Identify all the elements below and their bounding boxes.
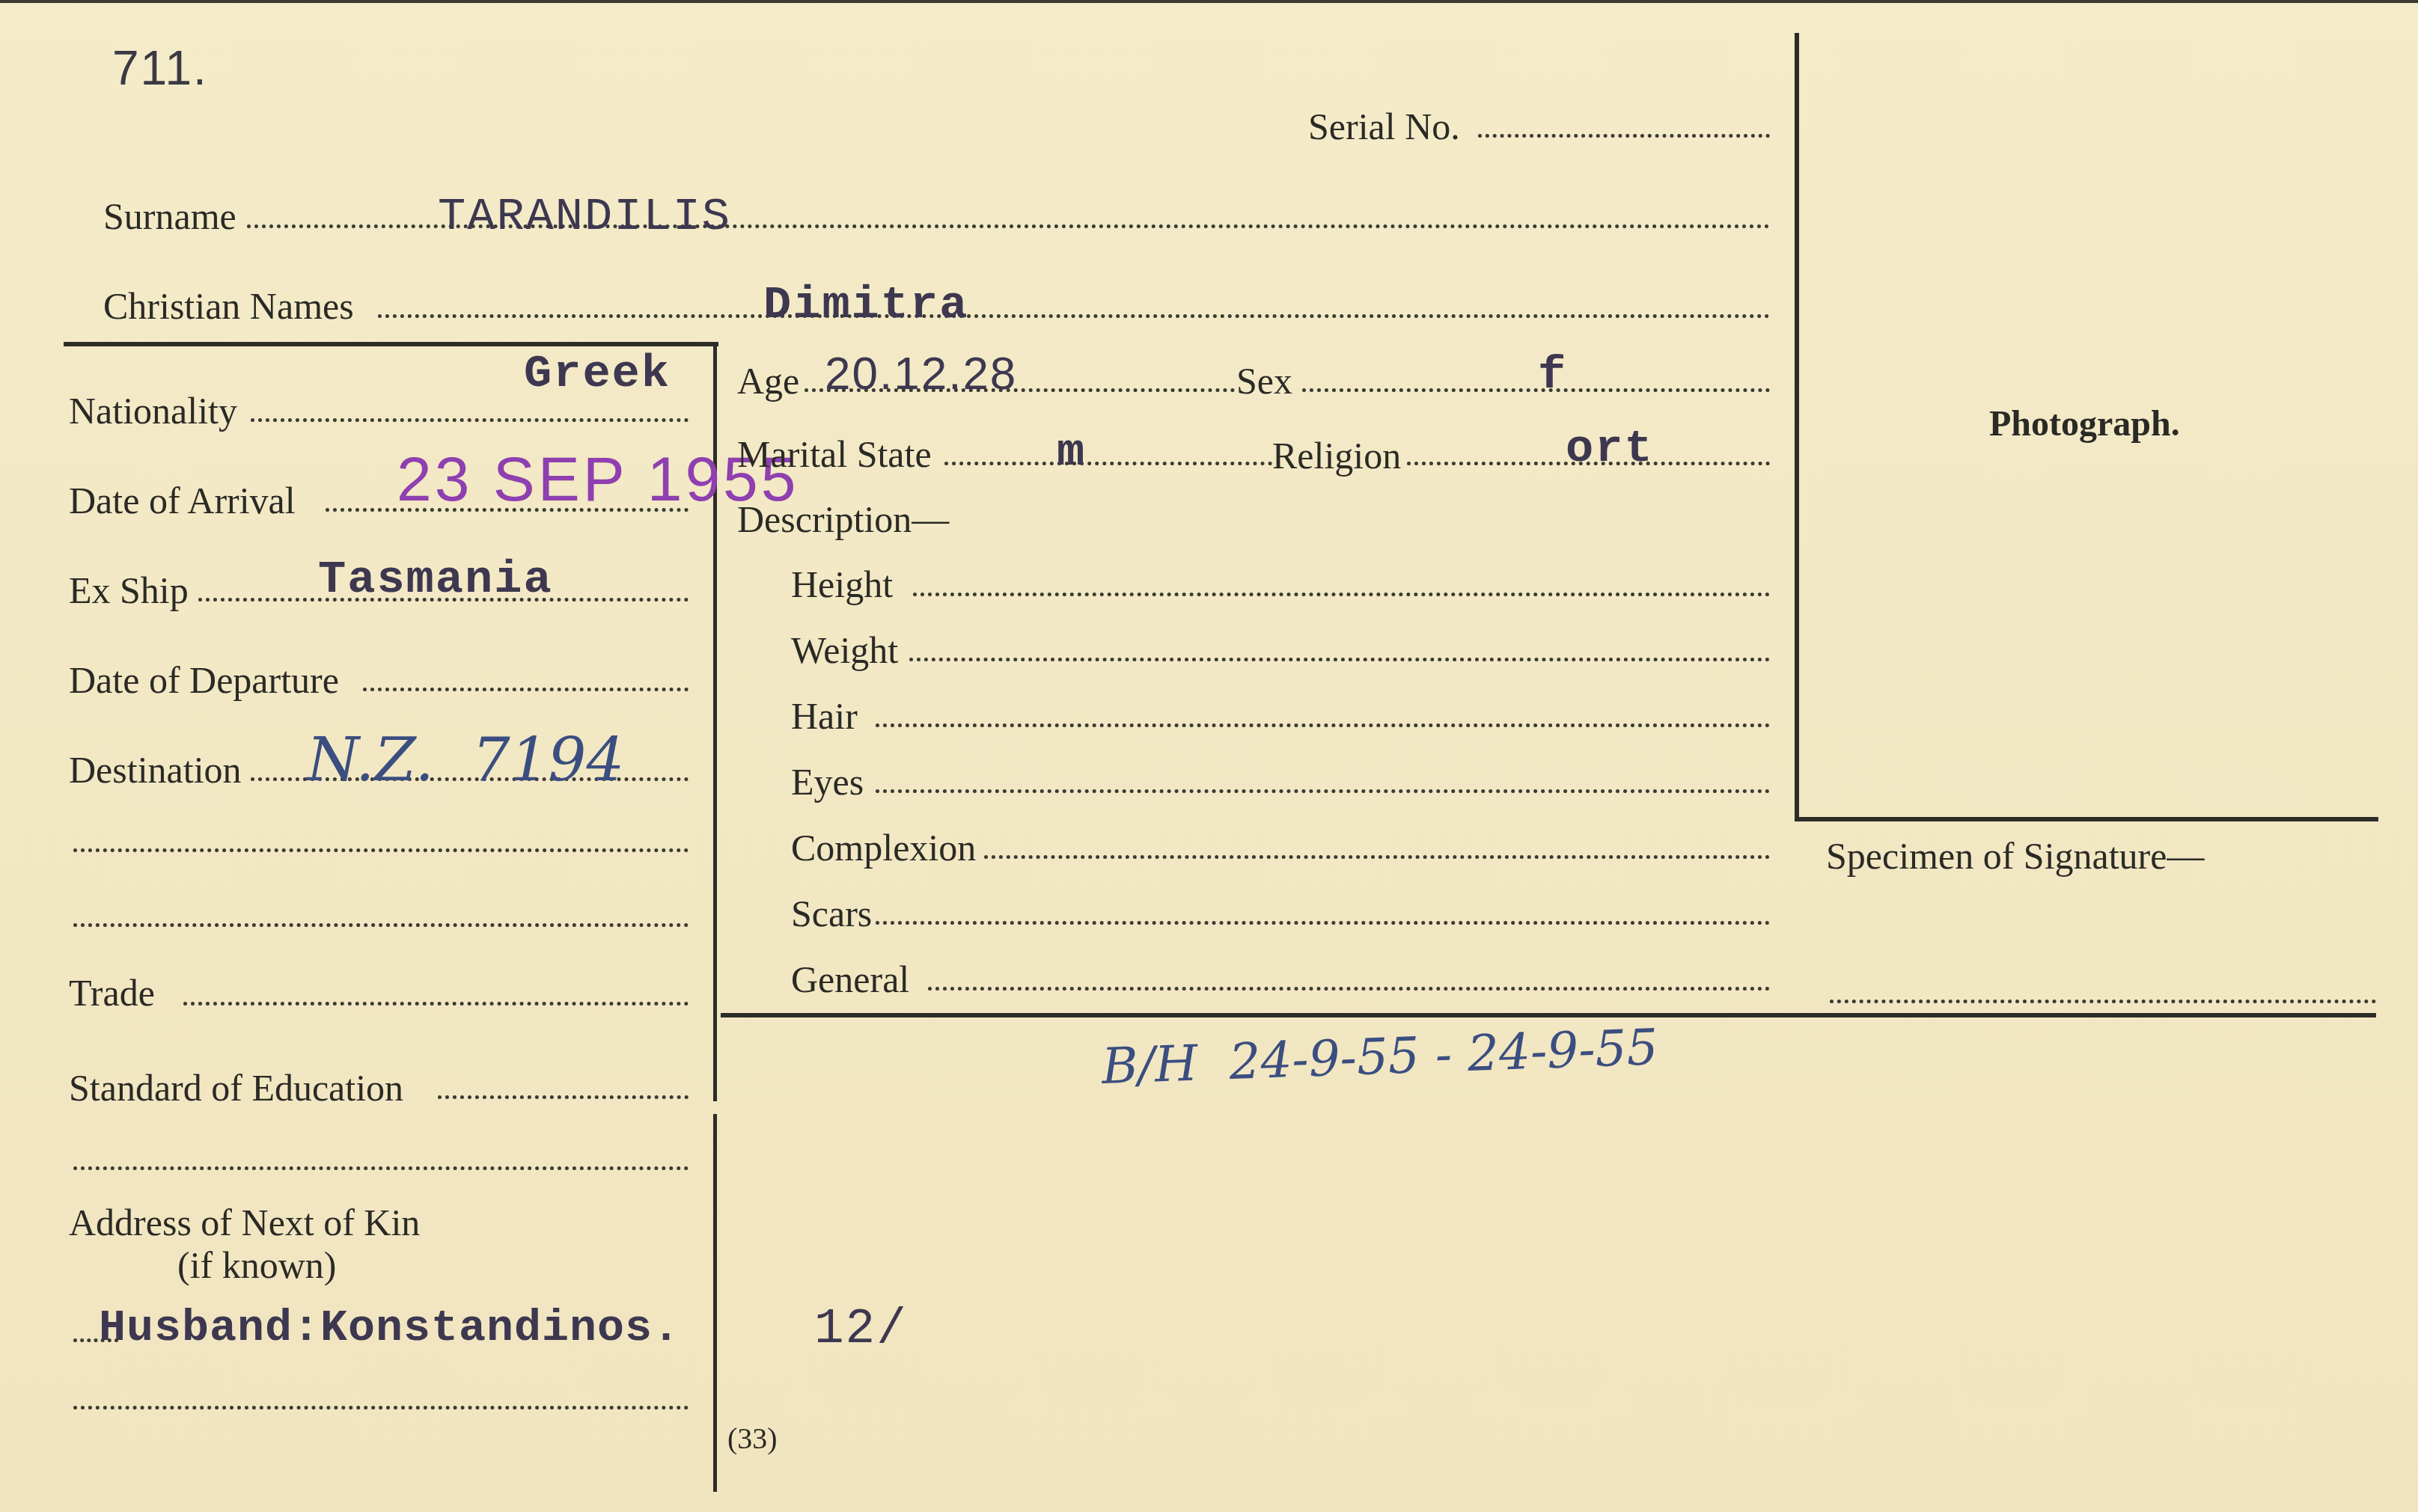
destination-label: Destination [69, 751, 242, 789]
date-of-departure-field[interactable] [363, 688, 689, 691]
height-field[interactable] [913, 593, 1770, 596]
registration-card: 711. Serial No. Surname TARANDILIS Chris… [0, 0, 2418, 1512]
christian-names-label: Christian Names [103, 287, 354, 325]
standard-of-education-field[interactable] [438, 1095, 689, 1099]
description-bottom-border [721, 1013, 2376, 1017]
ex-ship-label: Ex Ship [69, 572, 189, 609]
next-of-kin-value: Husband:Konstandinos. [99, 1303, 680, 1354]
marital-state-field[interactable] [944, 462, 1272, 465]
left-panel-lower-divider [713, 1114, 717, 1492]
photo-box-bottom-border [1795, 817, 2378, 821]
marital-state-value: m [1057, 426, 1086, 479]
scars-label: Scars [791, 895, 872, 932]
complexion-field[interactable] [984, 855, 1770, 859]
religion-value: ort [1566, 422, 1654, 475]
date-of-departure-label: Date of Departure [69, 661, 339, 699]
weight-label: Weight [791, 631, 898, 669]
age-label: Age [737, 362, 799, 400]
christian-names-field[interactable] [378, 314, 1770, 318]
ex-ship-value: Tasmania [318, 553, 553, 606]
date-of-arrival-label: Date of Arrival [69, 482, 296, 519]
age-value: 20.12.28 [825, 347, 1017, 400]
photo-box-left-border [1795, 33, 1799, 820]
destination-extra-line-2[interactable] [73, 923, 689, 927]
height-label: Height [791, 566, 893, 603]
form-number: (33) [727, 1421, 778, 1456]
hair-label: Hair [791, 697, 858, 735]
general-field[interactable] [928, 987, 1770, 991]
eyes-label: Eyes [791, 763, 864, 801]
hair-field[interactable] [876, 723, 1770, 727]
nationality-value: Greek [524, 347, 671, 400]
scars-field[interactable] [876, 921, 1770, 925]
specimen-signature-label: Specimen of Signature— [1826, 837, 2204, 875]
religion-label: Religion [1272, 437, 1401, 474]
eyes-field[interactable] [876, 789, 1770, 793]
description-label: Description— [737, 501, 949, 538]
marital-state-label: Marital State [737, 435, 932, 473]
standard-of-education-label: Standard of Education [69, 1069, 403, 1107]
standard-of-education-extra-line[interactable] [73, 1166, 689, 1170]
next-of-kin-label: Address of Next of Kin [69, 1204, 420, 1241]
trade-field[interactable] [183, 1002, 689, 1006]
destination-value: N.Z. 7194 [307, 725, 624, 795]
trade-label: Trade [69, 974, 155, 1011]
nationality-field[interactable] [251, 418, 689, 422]
photograph-area[interactable] [1800, 33, 2378, 815]
next-of-kin-extra-line[interactable] [73, 1406, 689, 1410]
signature-field[interactable] [1830, 1000, 2376, 1003]
complexion-label: Complexion [791, 829, 976, 866]
if-known-label: (if known) [177, 1246, 336, 1284]
weight-field[interactable] [909, 658, 1770, 661]
nationality-label: Nationality [69, 392, 237, 429]
surname-value: TARANDILIS [438, 190, 731, 243]
code-value: 12/ [814, 1301, 908, 1357]
left-panel-top-border [64, 342, 718, 346]
surname-label: Surname [103, 198, 236, 235]
destination-extra-line-1[interactable] [73, 848, 689, 852]
sex-value: f [1538, 349, 1567, 402]
christian-names-value: Dimitra [763, 278, 968, 331]
serial-no-field[interactable] [1478, 134, 1770, 138]
serial-no-label: Serial No. [1308, 108, 1460, 145]
card-number: 711. [112, 40, 208, 96]
general-label: General [791, 961, 909, 998]
sex-label: Sex [1236, 362, 1292, 400]
handwritten-note: B/H 24-9-55 - 24-9-55 [1101, 1018, 1659, 1095]
sex-field[interactable] [1302, 388, 1770, 392]
